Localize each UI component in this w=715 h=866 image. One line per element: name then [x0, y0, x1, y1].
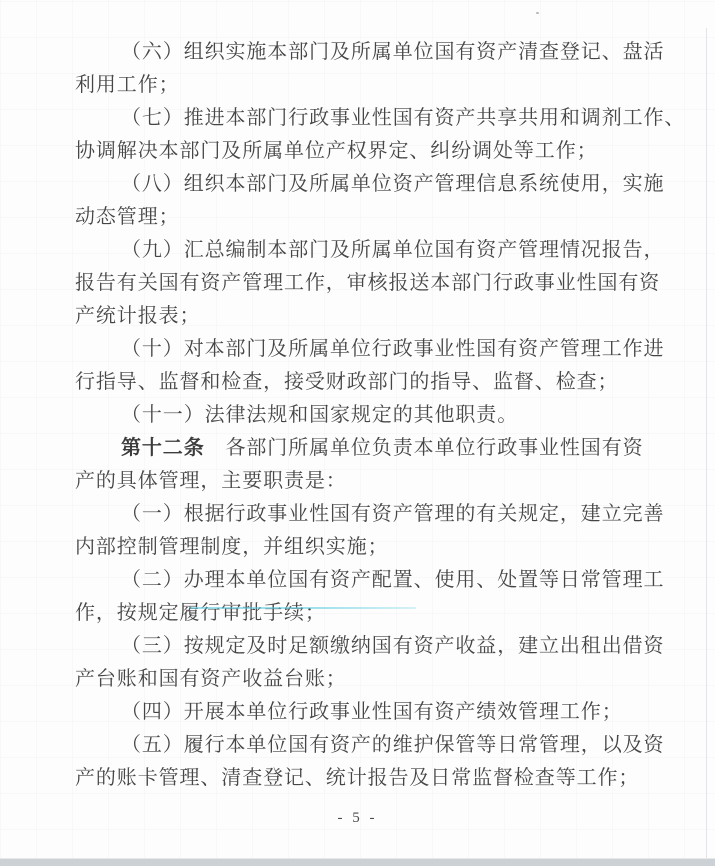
- text-segment: （三）按规定及时足额缴纳国有资产收益，建立出租出借资: [121, 635, 664, 657]
- text-line: （六）组织实施本部门及所属单位国有资产清查登记、盘活: [75, 36, 650, 69]
- text-line: 产的账卡管理、清查登记、统计报告及日常监督检查等工作；: [75, 762, 650, 795]
- text-line: 内部控制管理制度，并组织实施；: [75, 531, 650, 564]
- text-line: （二）办理本单位国有资产配置、使用、处置等日常管理工: [75, 564, 650, 597]
- text-line: 产台账和国有资产收益台账；: [75, 663, 650, 696]
- text-line: 协调解决本部门及所属单位产权界定、纠纷调处等工作；: [75, 135, 650, 168]
- text-segment: （六）组织实施本部门及所属单位国有资产清查登记、盘活: [121, 41, 664, 63]
- text-segment: 动态管理；: [75, 206, 180, 228]
- text-line: （十一）法律法规和国家规定的其他职责。: [75, 399, 650, 432]
- text-segment: （九）汇总编制本部门及所属单位国有资产管理情况报告，: [121, 239, 664, 261]
- ink-speck: [536, 12, 539, 14]
- text-segment: 内部控制管理制度，并组织实施；: [75, 536, 389, 558]
- text-line: （七）推进本部门行政事业性国有资产共享共用和调剂工作、: [75, 102, 650, 135]
- text-line: （五）履行本单位国有资产的维护保管等日常管理，以及资: [75, 729, 650, 762]
- text-segment: 作，按规定履行审批手续；: [75, 602, 326, 624]
- text-segment: （十一）法律法规和国家规定的其他职责。: [121, 404, 518, 426]
- page-number: - 5 -: [0, 810, 715, 827]
- text-segment: 产统计报表；: [75, 305, 200, 327]
- text-line: （三）按规定及时足额缴纳国有资产收益，建立出租出借资: [75, 630, 650, 663]
- text-line: 行指导、监督和检查，接受财政部门的指导、监督、检查；: [75, 366, 650, 399]
- text-segment: 产台账和国有资产收益台账；: [75, 668, 347, 690]
- text-segment: （五）履行本单位国有资产的维护保管等日常管理，以及资: [121, 734, 664, 756]
- text-line: （四）开展本单位行政事业性国有资产绩效管理工作；: [75, 696, 650, 729]
- text-line: 作，按规定履行审批手续；: [75, 597, 650, 630]
- text-segment: 行指导、监督和检查，接受财政部门的指导、监督、检查；: [75, 371, 618, 393]
- text-line: （八）组织本部门及所属单位资产管理信息系统使用，实施: [75, 168, 650, 201]
- article-number: 第十二条: [121, 437, 205, 459]
- text-line: 利用工作；: [75, 69, 650, 102]
- text-line: 动态管理；: [75, 201, 650, 234]
- text-segment: 各部门所属单位负责本单位行政事业性国有资: [205, 437, 644, 459]
- text-segment: （一）根据行政事业性国有资产管理的有关规定，建立完善: [121, 503, 664, 525]
- scanned-document-page: { "page": { "number_label": "- 5 -" }, "…: [0, 0, 715, 866]
- text-line: 产统计报表；: [75, 300, 650, 333]
- text-segment: 产的账卡管理、清查登记、统计报告及日常监督检查等工作；: [75, 767, 639, 789]
- scan-edge-right: [706, 28, 707, 860]
- document-body: （六）组织实施本部门及所属单位国有资产清查登记、盘活利用工作；（七）推进本部门行…: [75, 36, 650, 795]
- text-segment: （四）开展本单位行政事业性国有资产绩效管理工作；: [121, 701, 623, 723]
- scan-edge-bottom: [0, 858, 715, 866]
- text-segment: 报告有关国有资产管理工作，审核报送本部门行政事业性国有资: [75, 272, 660, 294]
- text-line: 产的具体管理，主要职责是：: [75, 465, 650, 498]
- text-segment: （二）办理本单位国有资产配置、使用、处置等日常管理工: [121, 569, 664, 591]
- text-line: （一）根据行政事业性国有资产管理的有关规定，建立完善: [75, 498, 650, 531]
- text-line: 报告有关国有资产管理工作，审核报送本部门行政事业性国有资: [75, 267, 650, 300]
- text-line: （十）对本部门及所属单位行政事业性国有资产管理工作进: [75, 333, 650, 366]
- text-line: 第十二条 各部门所属单位负责本单位行政事业性国有资: [75, 432, 650, 465]
- text-segment: 利用工作；: [75, 74, 180, 96]
- text-segment: 协调解决本部门及所属单位产权界定、纠纷调处等工作；: [75, 140, 598, 162]
- text-segment: （八）组织本部门及所属单位资产管理信息系统使用，实施: [121, 173, 664, 195]
- text-line: （九）汇总编制本部门及所属单位国有资产管理情况报告，: [75, 234, 650, 267]
- text-segment: 产的具体管理，主要职责是：: [75, 470, 347, 492]
- text-segment: （七）推进本部门行政事业性国有资产共享共用和调剂工作、: [121, 107, 685, 129]
- text-segment: （十）对本部门及所属单位行政事业性国有资产管理工作进: [121, 338, 664, 360]
